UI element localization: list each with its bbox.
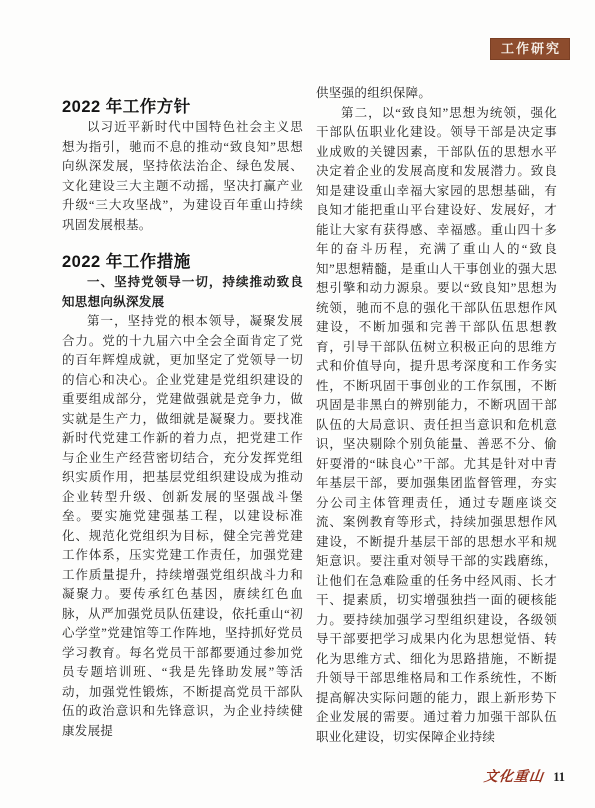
section-badge-work-research: 工作研究 bbox=[490, 38, 570, 60]
document-page: 工作研究 2022 年工作方针 以习近平新时代中国特色社会主义思想为指引，驰而不… bbox=[0, 0, 595, 808]
footer-logo-wenhua-chongshan: 文化重山 bbox=[483, 766, 545, 786]
article-right-column: 供坚强的组织保障。 第二，以“致良知”思想为统领，强化干部队伍职业化建设。领导干… bbox=[316, 84, 557, 747]
heading-2022-work-measures: 2022 年工作措施 bbox=[62, 251, 303, 273]
paragraph-first-point: 第一，坚持党的根本领导，凝聚发展合力。党的十九届六中全会全面肯定了党的百年辉煌成… bbox=[62, 312, 303, 741]
article-body: 2022 年工作方针 以习近平新时代中国特色社会主义思想为指引，驰而不息的推动“… bbox=[62, 84, 557, 747]
subheading-measure-one: 一、坚持党领导一切，持续推动致良知思想向纵深发展 bbox=[62, 273, 303, 312]
article-left-column: 2022 年工作方针 以习近平新时代中国特色社会主义思想为指引，驰而不息的推动“… bbox=[62, 84, 303, 747]
paragraph-second-point: 第二，以“致良知”思想为统领，强化干部队伍职业化建设。领导干部是决定事业成败的关… bbox=[316, 104, 557, 748]
page-footer: 文化重山 11 bbox=[484, 766, 565, 786]
heading-2022-work-guideline: 2022 年工作方针 bbox=[62, 96, 303, 118]
paragraph-continuation: 供坚强的组织保障。 bbox=[316, 84, 557, 104]
paragraph-guideline: 以习近平新时代中国特色社会主义思想为指引，驰而不息的推动“致良知”思想向纵深发展… bbox=[62, 118, 303, 235]
page-number: 11 bbox=[553, 770, 565, 785]
